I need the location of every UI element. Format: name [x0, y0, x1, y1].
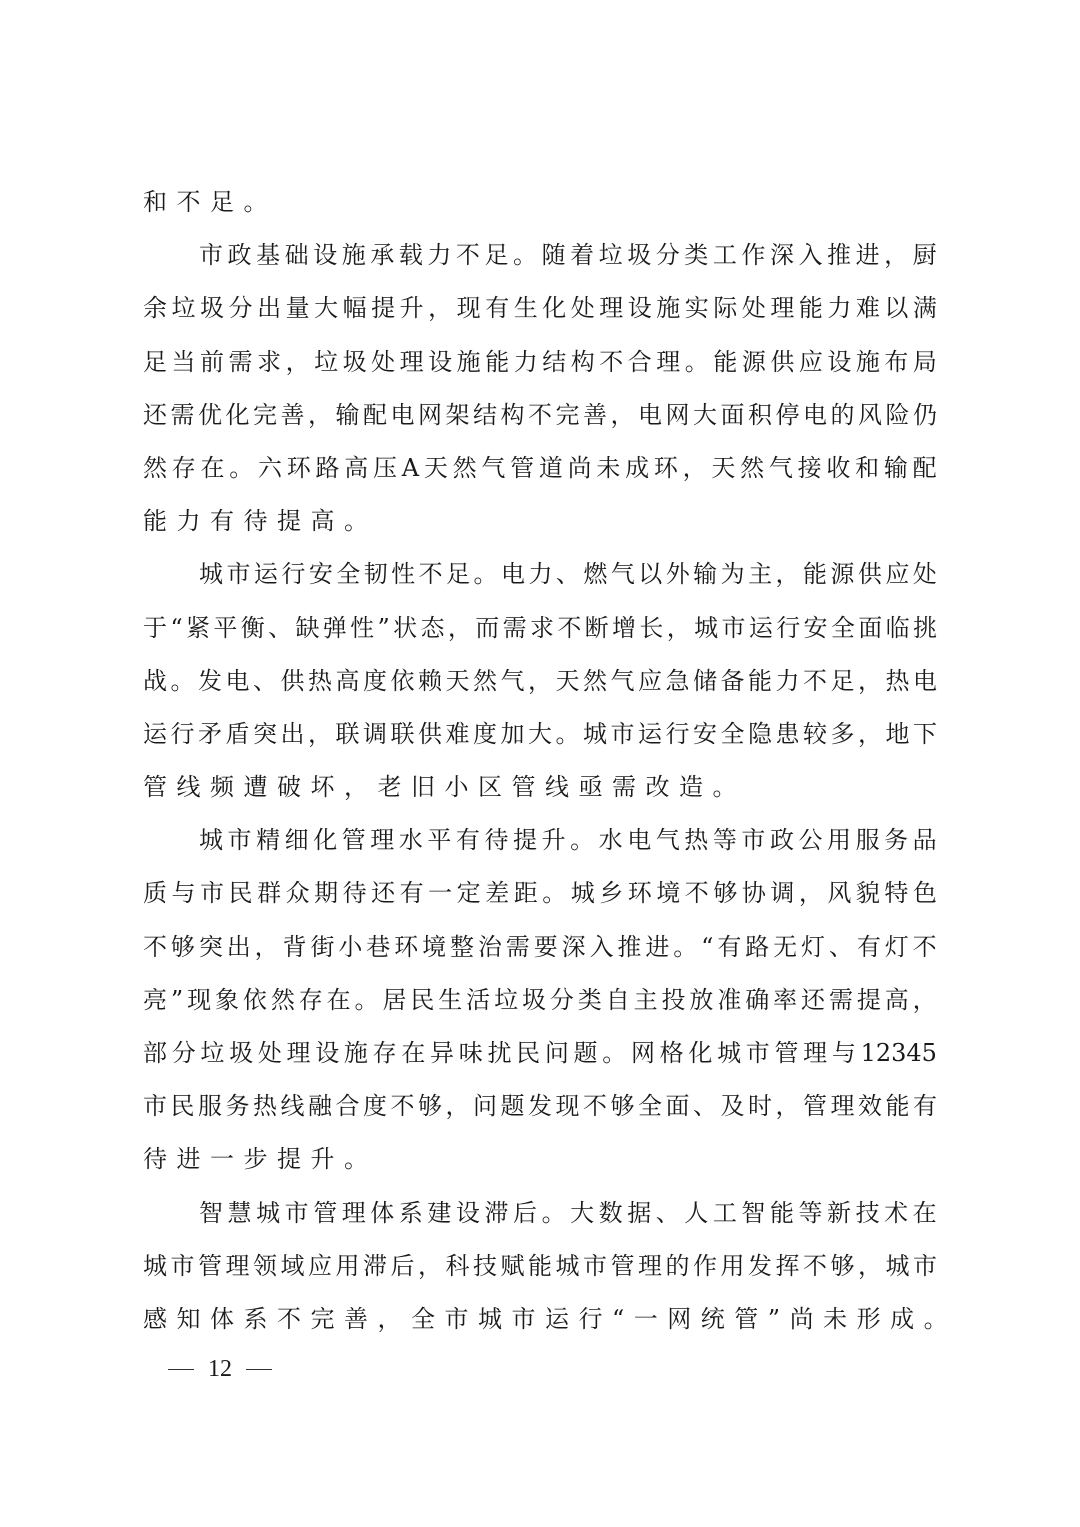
- text-line: 还需优化完善，输配电网架结构不完善，电网大面积停电的风险仍: [143, 389, 937, 442]
- paragraph: 市政基础设施承载力不足。随着垃圾分类工作深入推进，厨余垃圾分出量大幅提升，现有生…: [143, 229, 937, 548]
- text-line: 足当前需求，垃圾处理设施能力结构不合理。能源供应设施布局: [143, 336, 937, 389]
- line-text: 和不足。: [143, 176, 937, 229]
- text-line: 战。发电、供热高度依赖天然气，天然气应急储备能力不足，热电: [143, 655, 937, 708]
- line-text: 城市精细化管理水平有待提升。水电气热等市政公用服务品: [199, 814, 937, 867]
- text-line: 不够突出，背街小巷环境整治需要深入推进。“有路无灯、有灯不: [143, 921, 937, 974]
- line-text: 市政基础设施承载力不足。随着垃圾分类工作深入推进，厨: [199, 229, 937, 282]
- dash-right: [246, 1369, 272, 1371]
- text-line: 然存在。六环路高压A天然气管道尚未成环，天然气接收和输配: [143, 442, 937, 495]
- paragraph: 城市运行安全韧性不足。电力、燃气以外输为主，能源供应处于“紧平衡、缺弹性”状态，…: [143, 548, 937, 814]
- line-text: 智慧城市管理体系建设滞后。大数据、人工智能等新技术在: [199, 1187, 937, 1240]
- text-line: 市民服务热线融合度不够，问题发现不够全面、及时，管理效能有: [143, 1080, 937, 1133]
- text-line: 城市管理领域应用滞后，科技赋能城市管理的作用发挥不够，城市: [143, 1240, 937, 1293]
- text-line: 余垃圾分出量大幅提升，现有生化处理设施实际处理能力难以满: [143, 282, 937, 335]
- paragraph: 智慧城市管理体系建设滞后。大数据、人工智能等新技术在城市管理领域应用滞后，科技赋…: [143, 1187, 937, 1347]
- text-line: 能力有待提高。: [143, 495, 937, 548]
- page-footer: 12: [168, 1356, 272, 1383]
- line-text: 还需优化完善，输配电网架结构不完善，电网大面积停电的风险仍: [143, 389, 937, 442]
- text-line: 城市精细化管理水平有待提升。水电气热等市政公用服务品: [143, 814, 937, 867]
- line-text: 能力有待提高。: [143, 495, 937, 548]
- text-line: 部分垃圾处理设施存在异味扰民问题。网格化城市管理与12345: [143, 1027, 937, 1080]
- text-line: 城市运行安全韧性不足。电力、燃气以外输为主，能源供应处: [143, 548, 937, 601]
- line-text: 战。发电、供热高度依赖天然气，天然气应急储备能力不足，热电: [143, 655, 937, 708]
- line-text: 运行矛盾突出，联调联供难度加大。城市运行安全隐患较多，地下: [143, 708, 937, 761]
- line-text: 市民服务热线融合度不够，问题发现不够全面、及时，管理效能有: [143, 1080, 937, 1133]
- line-text: 城市运行安全韧性不足。电力、燃气以外输为主，能源供应处: [199, 548, 937, 601]
- page-number: 12: [208, 1356, 232, 1383]
- line-text: 部分垃圾处理设施存在异味扰民问题。网格化城市管理与12345: [143, 1027, 937, 1080]
- line-text: 亮”现象依然存在。居民生活垃圾分类自主投放准确率还需提高，: [143, 974, 937, 1027]
- line-text: 足当前需求，垃圾处理设施能力结构不合理。能源供应设施布局: [143, 336, 937, 389]
- text-line: 亮”现象依然存在。居民生活垃圾分类自主投放准确率还需提高，: [143, 974, 937, 1027]
- line-text: 管线频遭破坏，老旧小区管线亟需改造。: [143, 761, 937, 814]
- dash-left: [168, 1369, 194, 1371]
- text-line: 感知体系不完善，全市城市运行“一网统管”尚未形成。: [143, 1293, 937, 1346]
- text-line: 运行矛盾突出，联调联供难度加大。城市运行安全隐患较多，地下: [143, 708, 937, 761]
- text-line: 于“紧平衡、缺弹性”状态，而需求不断增长，城市运行安全面临挑: [143, 602, 937, 655]
- paragraph: 城市精细化管理水平有待提升。水电气热等市政公用服务品质与市民群众期待还有一定差距…: [143, 814, 937, 1186]
- text-line: 管线频遭破坏，老旧小区管线亟需改造。: [143, 761, 937, 814]
- line-text: 质与市民群众期待还有一定差距。城乡环境不够协调，风貌特色: [143, 867, 937, 920]
- line-text: 余垃圾分出量大幅提升，现有生化处理设施实际处理能力难以满: [143, 282, 937, 335]
- line-text: 不够突出，背街小巷环境整治需要深入推进。“有路无灯、有灯不: [143, 921, 937, 974]
- text-line: 待进一步提升。: [143, 1133, 937, 1186]
- line-text: 待进一步提升。: [143, 1133, 937, 1186]
- document-page: 和不足。市政基础设施承载力不足。随着垃圾分类工作深入推进，厨余垃圾分出量大幅提升…: [0, 0, 1080, 1527]
- line-text: 感知体系不完善，全市城市运行“一网统管”尚未形成。: [143, 1293, 937, 1346]
- text-line: 智慧城市管理体系建设滞后。大数据、人工智能等新技术在: [143, 1187, 937, 1240]
- text-line: 和不足。: [143, 176, 937, 229]
- text-line: 质与市民群众期待还有一定差距。城乡环境不够协调，风貌特色: [143, 867, 937, 920]
- body-text: 和不足。市政基础设施承载力不足。随着垃圾分类工作深入推进，厨余垃圾分出量大幅提升…: [143, 176, 937, 1346]
- line-text: 然存在。六环路高压A天然气管道尚未成环，天然气接收和输配: [143, 442, 937, 495]
- paragraph: 和不足。: [143, 176, 937, 229]
- text-line: 市政基础设施承载力不足。随着垃圾分类工作深入推进，厨: [143, 229, 937, 282]
- line-text: 城市管理领域应用滞后，科技赋能城市管理的作用发挥不够，城市: [143, 1240, 937, 1293]
- line-text: 于“紧平衡、缺弹性”状态，而需求不断增长，城市运行安全面临挑: [143, 602, 937, 655]
